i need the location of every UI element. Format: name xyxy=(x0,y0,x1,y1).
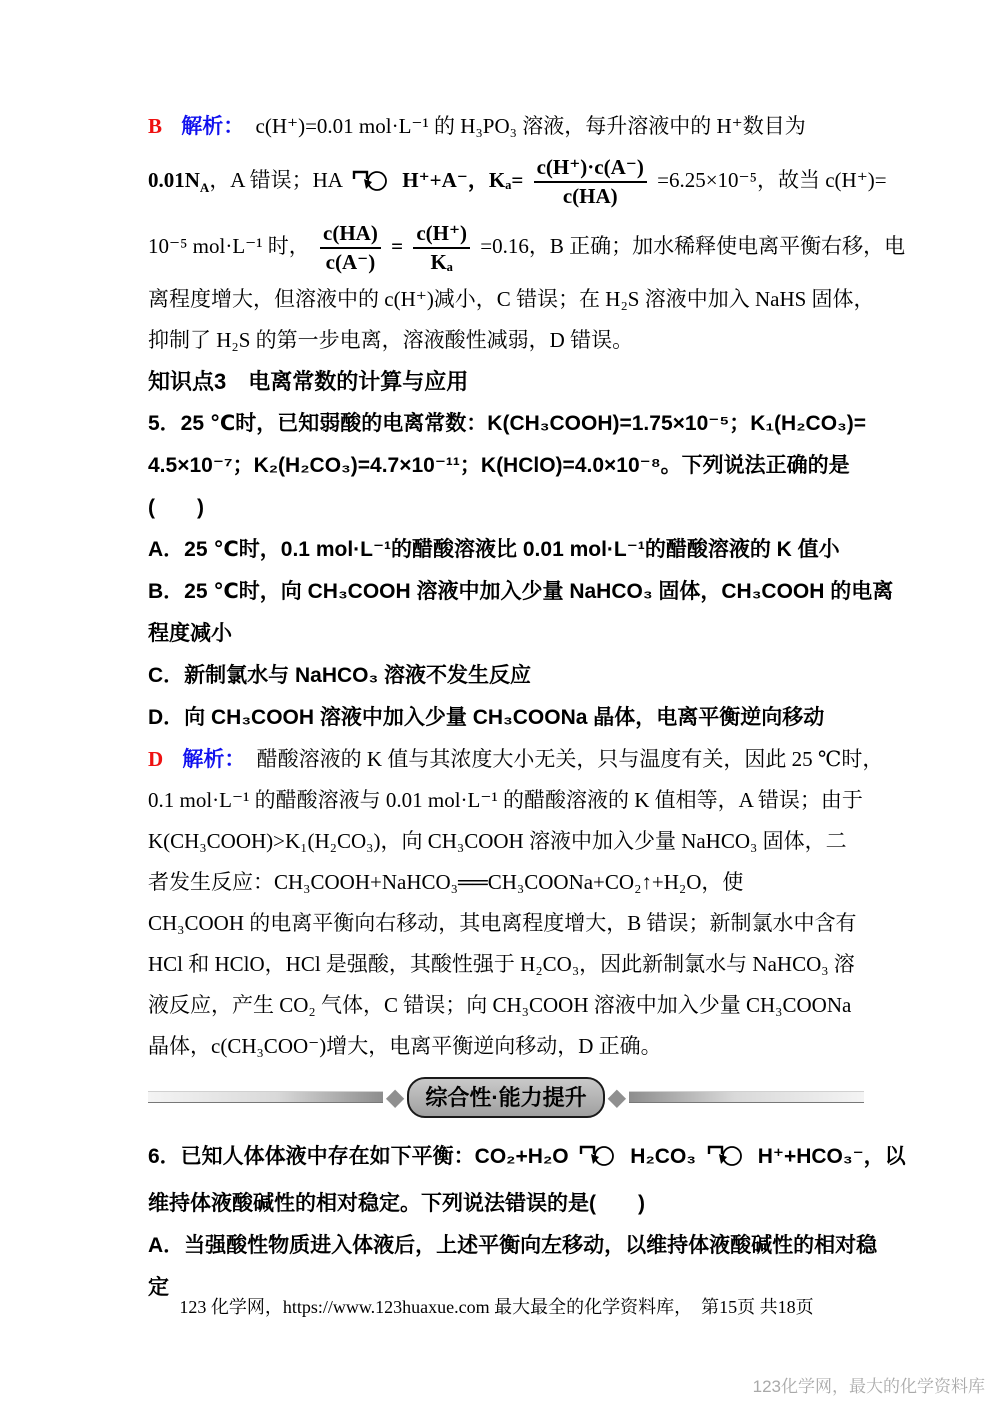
solution4-line2-post: =6.25×10⁻⁵，故当 c(H⁺)= xyxy=(657,168,887,192)
banner-bar-left xyxy=(148,1091,383,1103)
document-page: B 解析： c(H⁺)=0.01 mol·L⁻¹ 的 H₃PO₃ 溶液，每升溶液… xyxy=(0,0,993,1404)
equilibrium-arrow-icon xyxy=(577,1142,621,1168)
question5-option-a: A．25 ℃时，0.1 mol·L⁻¹的醋酸溶液比 0.01 mol·L⁻¹的醋… xyxy=(148,529,864,571)
solution4-line2-nsub: A xyxy=(200,180,209,195)
question5-option-b-line2: 程度减小 xyxy=(148,613,864,655)
knowledge-point-heading: 知识点3 电离常数的计算与应用 xyxy=(148,361,864,403)
analysis-label: 解析： xyxy=(181,115,244,138)
question5-stem-line2: 4.5×10⁻⁷；K₂(H₂CO₃)=4.7×10⁻¹¹；K(HClO)=4.0… xyxy=(148,445,864,487)
fraction-ha-numerator: c(HA) xyxy=(320,220,381,249)
diamond-icon: ◆ xyxy=(608,1085,626,1109)
fraction-h-ka: c(H⁺) Kₐ xyxy=(413,220,470,276)
page-content: B 解析： c(H⁺)=0.01 mol·L⁻¹ 的 H₃PO₃ 溶液，每升溶液… xyxy=(148,106,864,1309)
analysis-label: 解析： xyxy=(182,748,245,771)
question6-option-a-line1: A．当强酸性物质进入体液后，上述平衡向左移动，以维持体液酸碱性的相对稳 xyxy=(148,1225,864,1267)
banner-bar-right xyxy=(629,1091,864,1103)
solution4-line3: 10⁻⁵ mol·L⁻¹ 时， c(HA) c(A⁻) = c(H⁺) Kₐ =… xyxy=(148,213,864,279)
equilibrium-arrow-icon xyxy=(350,167,394,193)
solution4-line3-post: =0.16，B 正确；加水稀释使电离平衡右移，电 xyxy=(480,234,905,258)
solution5-line6: HCl 和 HClO，HCl 是强酸，其酸性强于 H₂CO₃，因此新制氯水与 N… xyxy=(148,944,864,985)
solution4-line2: 0.01NA，A 错误；HA H⁺+A⁻，Kₐ= c(H⁺)·c(A⁻) c(H… xyxy=(148,147,864,213)
solution4-line1-text: c(H⁺)=0.01 mol·L⁻¹ 的 H₃PO₃ 溶液，每升溶液中的 H⁺数… xyxy=(256,114,806,138)
solution5-line3: K(CH₃COOH)>K₁(H₂CO₃)，向 CH₃COOH 溶液中加入少量 N… xyxy=(148,821,864,862)
solution5-line7: 液反应，产生 CO₂ 气体，C 错误；向 CH₃COOH 溶液中加入少量 CH₃… xyxy=(148,985,864,1026)
question6-stem-post: H⁺+HCO₃⁻，以 xyxy=(758,1145,906,1168)
question6-stem-pre: 6．已知人体体液中存在如下平衡：CO₂+H₂O xyxy=(148,1145,569,1168)
question5-option-d: D．向 CH₃COOH 溶液中加入少量 CH₃COONa 晶体，电离平衡逆向移动 xyxy=(148,697,864,739)
solution4-line2-mid: H⁺+A⁻，Kₐ= xyxy=(402,168,523,192)
fraction-ka: c(H⁺)·c(A⁻) c(HA) xyxy=(534,154,647,210)
question5-answer-blank: ( ) xyxy=(148,487,864,529)
solution4-line4: 离程度增大，但溶液中的 c(H⁺)减小，C 错误；在 H₂S 溶液中加入 NaH… xyxy=(148,279,864,320)
fraction-h-numerator: c(H⁺) xyxy=(413,220,470,249)
solution5-line5: CH₃COOH 的电离平衡向右移动，其电离程度增大，B 错误；新制氯水中含有 xyxy=(148,903,864,944)
solution5-line8: 晶体，c(CH₃COO⁻)增大，电离平衡逆向移动，D 正确。 xyxy=(148,1026,864,1067)
question6-stem-line1: 6．已知人体体液中存在如下平衡：CO₂+H₂O H₂CO₃ H⁺+HCO₃⁻，以 xyxy=(148,1131,864,1183)
section-banner-label: 综合性·能力提升 xyxy=(407,1077,604,1118)
fraction-ka-denominator: c(HA) xyxy=(560,183,621,210)
fraction-h-denominator: Kₐ xyxy=(427,249,455,276)
section-banner: ◆ 综合性·能力提升 ◆ xyxy=(148,1079,864,1115)
question5-option-c: C．新制氯水与 NaHCO₃ 溶液不发生反应 xyxy=(148,655,864,697)
fraction-ha-ratio: c(HA) c(A⁻) xyxy=(320,220,381,276)
solution4-line5: 抑制了 H₂S 的第一步电离，溶液酸性减弱，D 错误。 xyxy=(148,320,864,361)
question6-stem-mid: H₂CO₃ xyxy=(630,1145,696,1168)
solution4-line1: B 解析： c(H⁺)=0.01 mol·L⁻¹ 的 H₃PO₃ 溶液，每升溶液… xyxy=(148,106,864,147)
equilibrium-arrow-icon xyxy=(705,1142,749,1168)
fraction-ha-denominator: c(A⁻) xyxy=(323,249,379,276)
diamond-icon: ◆ xyxy=(386,1085,404,1109)
solution4-line3-eq: = xyxy=(391,234,403,258)
answer-letter-d: D xyxy=(148,747,163,771)
question6-stem-line2: 维持体液酸碱性的相对稳定。下列说法错误的是( ) xyxy=(148,1183,864,1225)
question5-option-b-line1: B．25 ℃时，向 CH₃COOH 溶液中加入少量 NaHCO₃ 固体，CH₃C… xyxy=(148,571,864,613)
solution4-line2-n: 0.01N xyxy=(148,168,200,192)
solution5-line1-text: 醋酸溶液的 K 值与其浓度大小无关，只与温度有关，因此 25 ℃时， xyxy=(257,747,884,771)
solution4-line2-pre: ，A 错误；HA xyxy=(209,168,341,192)
fraction-ka-numerator: c(H⁺)·c(A⁻) xyxy=(534,154,647,183)
page-footer: 123 化学网，https://www.123huaxue.com 最大最全的化… xyxy=(0,1293,993,1319)
question5-stem-line1: 5．25 ℃时，已知弱酸的电离常数：K(CH₃COOH)=1.75×10⁻⁵；K… xyxy=(148,403,864,445)
solution5-line1: D 解析： 醋酸溶液的 K 值与其浓度大小无关，只与温度有关，因此 25 ℃时， xyxy=(148,739,864,780)
solution5-line2: 0.1 mol·L⁻¹ 的醋酸溶液与 0.01 mol·L⁻¹ 的醋酸溶液的 K… xyxy=(148,780,864,821)
site-watermark: 123化学网，最大的化学资料库 xyxy=(753,1372,985,1397)
solution5-line4: 者发生反应：CH₃COOH+NaHCO₃══CH₃COONa+CO₂↑+H₂O，… xyxy=(148,862,864,903)
answer-letter-b: B xyxy=(148,114,162,138)
solution4-line3-pre: 10⁻⁵ mol·L⁻¹ 时， xyxy=(148,234,310,258)
